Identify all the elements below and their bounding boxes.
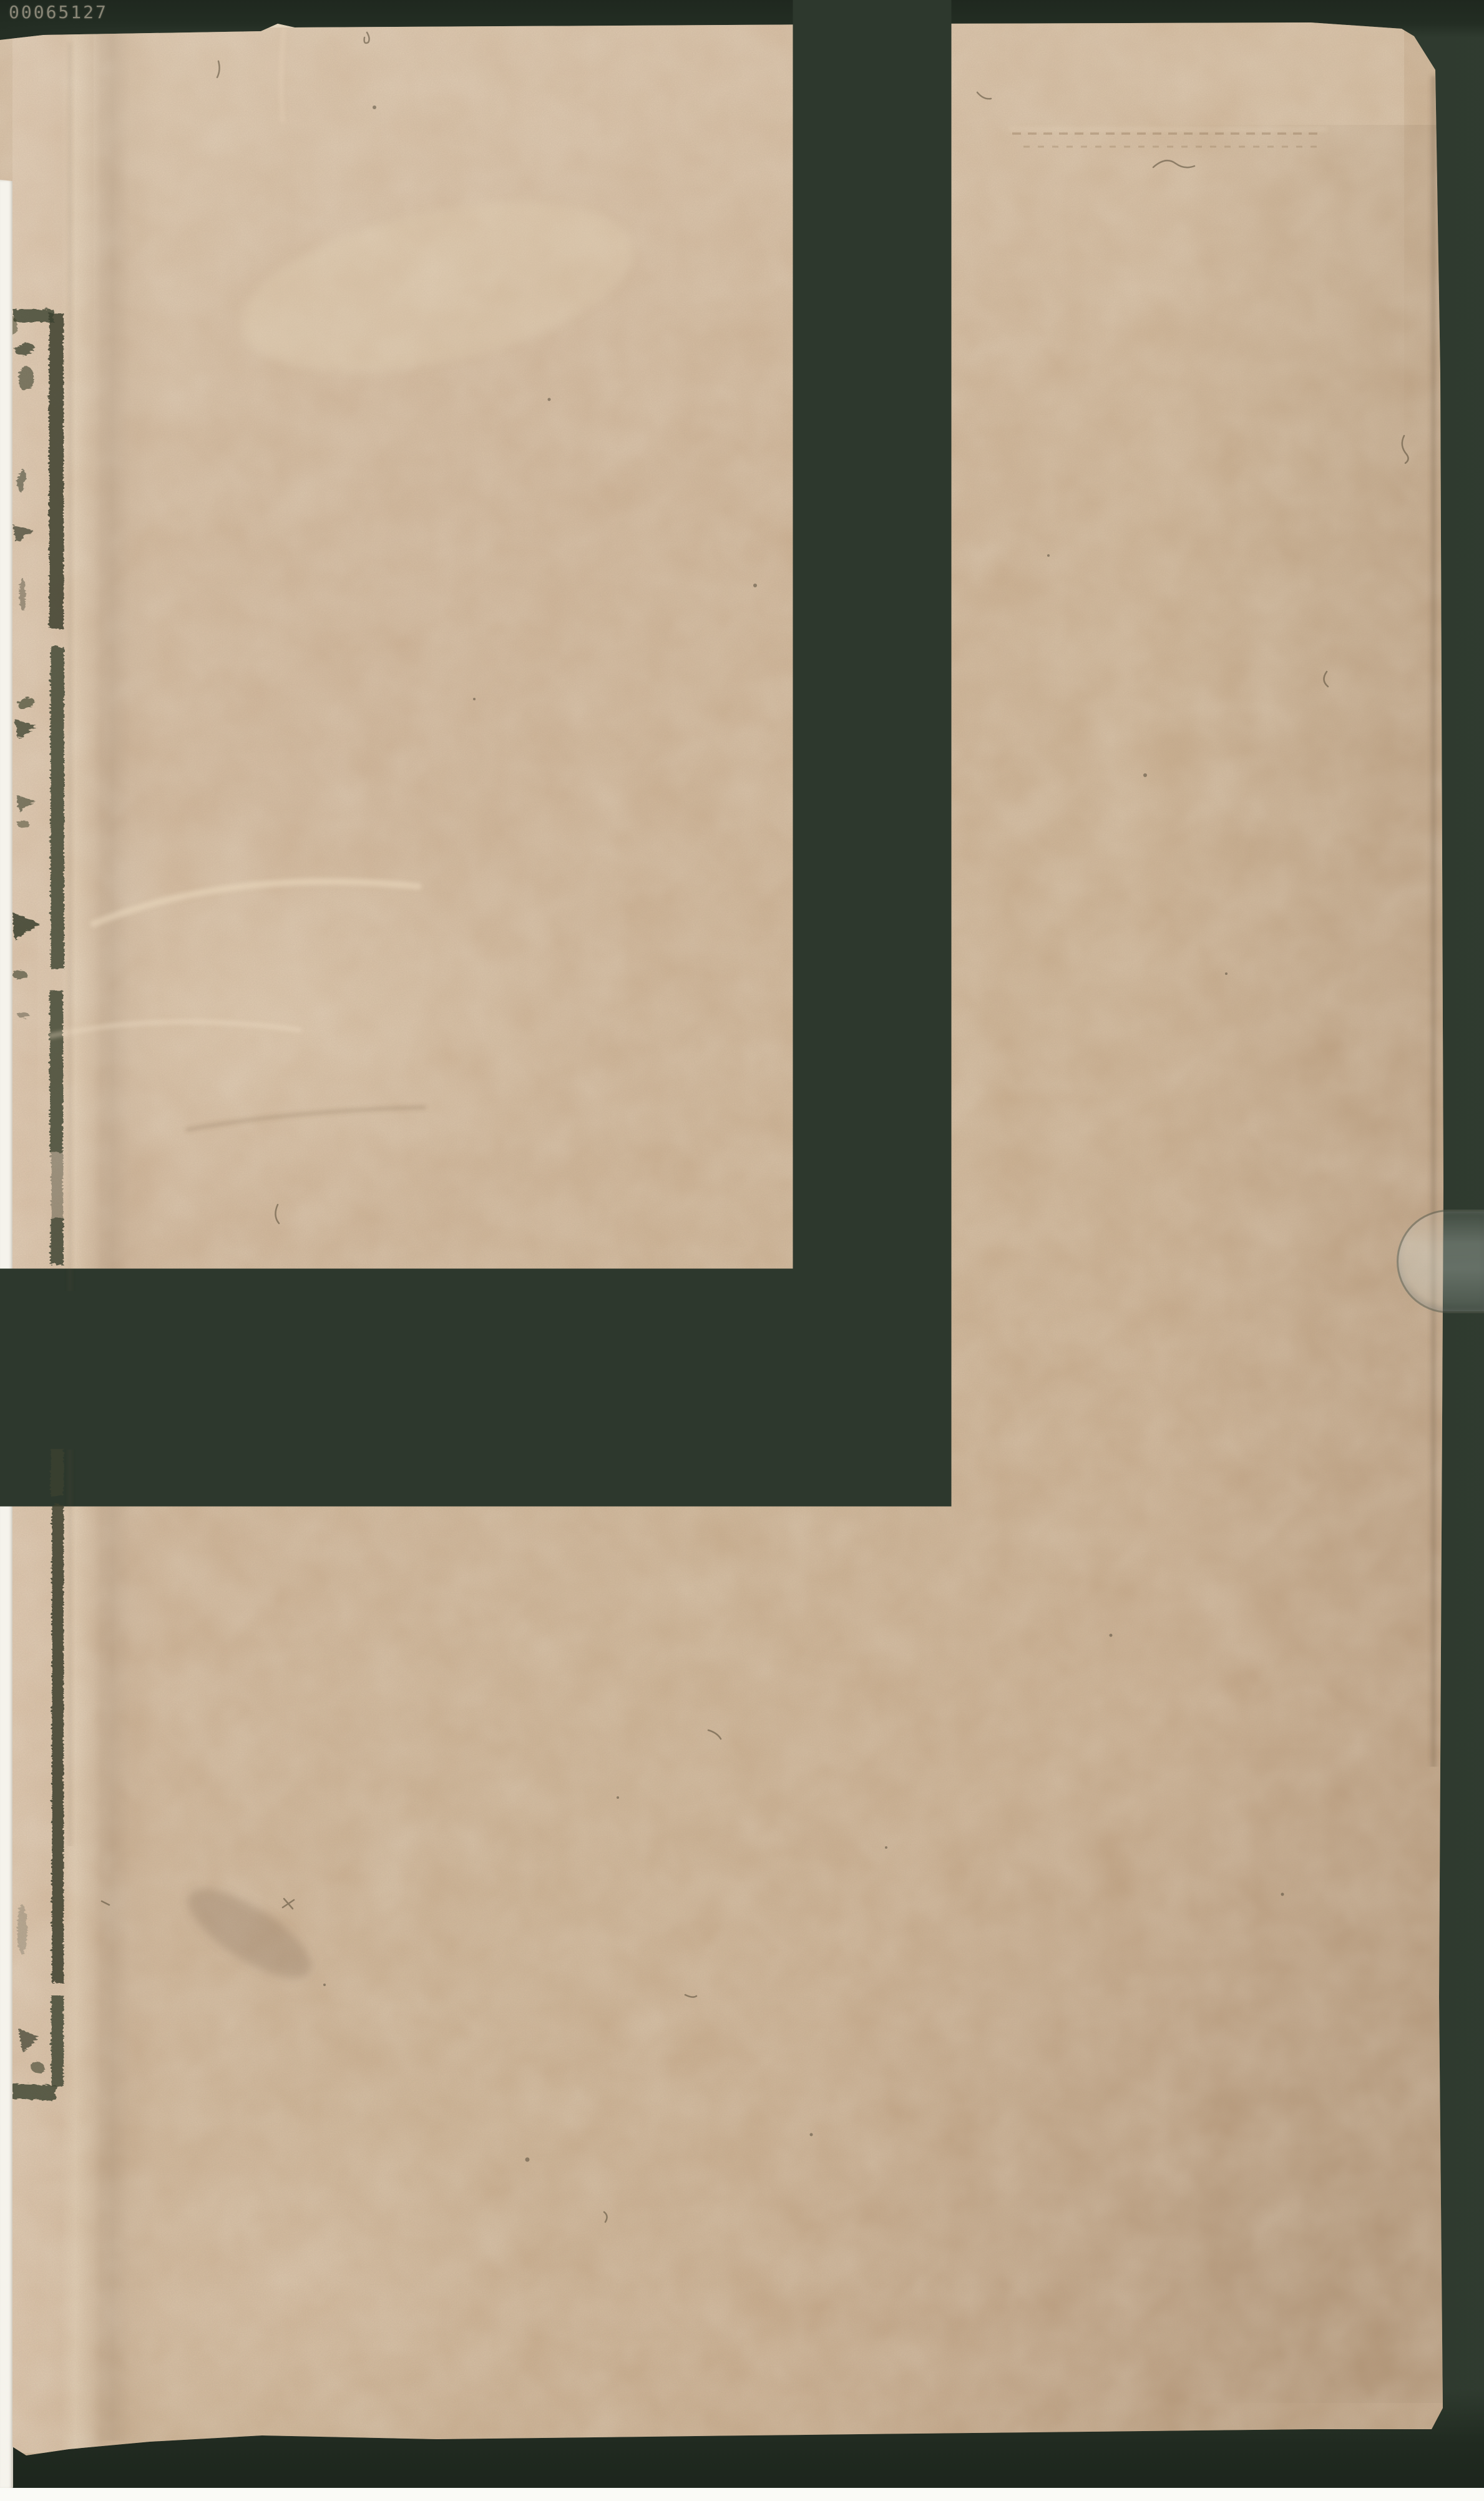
left-scan-edge-strip	[0, 180, 13, 2489]
book-scan-scene: 00065127	[0, 0, 1484, 2501]
paper-grain-texture	[0, 0, 1484, 2501]
paper-detail-layer: 13	[0, 0, 1484, 2501]
pencil-marking: 13	[343, 1375, 410, 1437]
book-page: 13	[0, 0, 1484, 2501]
bottom-scan-edge-strip	[0, 2488, 1484, 2501]
archive-number-stamp: 00065127	[9, 2, 108, 22]
